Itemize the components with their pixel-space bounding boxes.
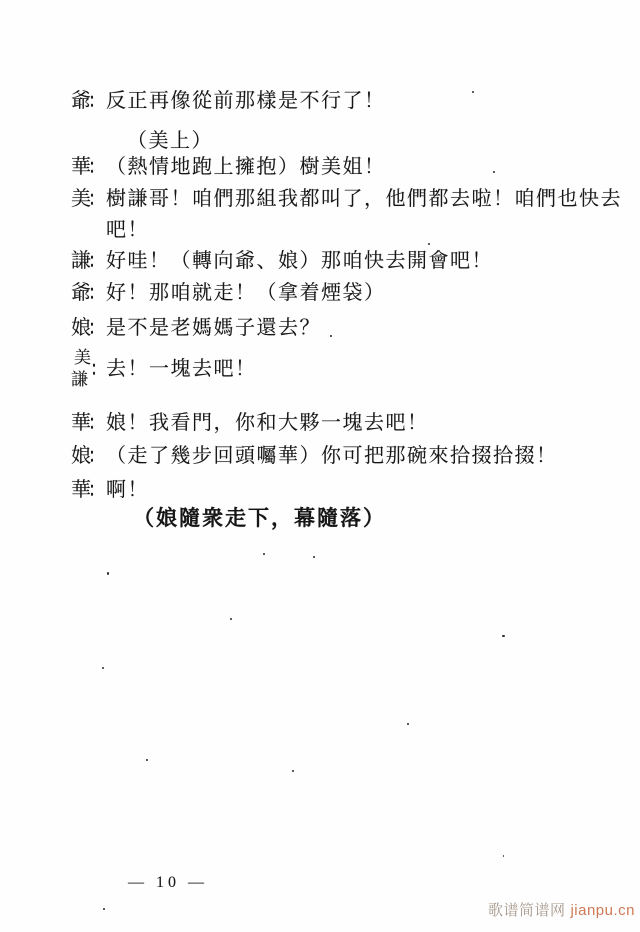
scan-speck	[230, 618, 232, 620]
stage-direction-text: （美上）	[127, 130, 213, 152]
speaker-label: 娘：	[71, 441, 106, 472]
scan-speck	[103, 908, 105, 910]
stage-direction-text: （娘隨衆走下，幕隨落）	[133, 506, 386, 530]
scan-speck	[330, 335, 332, 337]
dialogue-text: （走了幾步回頭囑華）你可把那碗來拾掇拾掇！	[106, 445, 558, 467]
speaker-name-stacked: 美謙	[71, 347, 93, 391]
dialogue-line: 謙：好哇！（轉向爺、娘）那咱快去開會吧！	[71, 246, 622, 277]
speaker-colon: ：	[89, 184, 97, 215]
speaker-name: 爺	[71, 86, 91, 117]
scan-speck	[107, 572, 109, 575]
speaker-colon: ：	[89, 408, 97, 439]
stage-direction: （娘隨衆走下，幕隨落）	[71, 503, 640, 534]
scan-speck	[428, 243, 430, 245]
scan-speck	[102, 667, 104, 669]
dialogue-line: 爺：反正再像從前那樣是不行了！	[71, 86, 622, 117]
scan-speck	[472, 91, 474, 93]
speaker-name: 華	[71, 408, 91, 439]
scan-speck	[502, 635, 505, 637]
speaker-colon: ：	[89, 441, 97, 472]
speaker-colon: ：	[89, 246, 97, 277]
speaker-colon: ：	[89, 278, 97, 309]
dialogue-text: 樹謙哥！咱們那組我都叫了，他們都去啦！咱們也快去吧！	[106, 188, 622, 241]
speaker-name: 華	[71, 152, 91, 183]
speaker-name: 謙	[71, 246, 91, 277]
watermark-site-url: jianpu.cn	[570, 902, 635, 919]
speaker-label: 爺：	[71, 278, 106, 309]
speaker-name: 爺	[71, 278, 91, 309]
page-number: — 10 —	[128, 874, 208, 892]
speaker-label: 美：	[71, 184, 106, 215]
dialogue-line: 華：娘！我看門，你和大夥一塊去吧！	[71, 408, 622, 439]
dialogue-line: 華：啊！	[71, 475, 622, 506]
scan-speck	[503, 855, 504, 857]
scan-speck	[146, 759, 148, 761]
dialogue-text: 好！那咱就走！（拿着煙袋）	[106, 282, 386, 304]
speaker-colon: ：	[91, 354, 99, 385]
speaker-colon: ：	[89, 475, 97, 506]
speaker-name: 美	[71, 184, 91, 215]
scan-speck	[313, 556, 315, 558]
scan-speck	[292, 770, 294, 772]
dialogue-text: 去！一塊去吧！	[106, 354, 257, 385]
speaker-name: 謙	[71, 369, 93, 391]
speaker-label: 華：	[71, 408, 106, 439]
speaker-colon: ：	[89, 86, 97, 117]
dialogue-text: 是不是老媽媽子還去？	[106, 317, 321, 339]
dialogue-line-joint: 美謙：去！一塊去吧！	[71, 347, 587, 391]
scan-speck	[407, 723, 409, 725]
dialogue-line: 娘：是不是老媽媽子還去？	[71, 313, 622, 344]
speaker-label: 謙：	[71, 246, 106, 277]
dialogue-line: 爺：好！那咱就走！（拿着煙袋）	[71, 278, 622, 309]
scan-speck	[493, 171, 495, 173]
dialogue-text: 娘！我看門，你和大夥一塊去吧！	[106, 412, 429, 434]
script-text-block: 爺：反正再像從前那樣是不行了！（美上）華：（熱情地跑上擁抱）樹美姐！美：樹謙哥！…	[71, 0, 587, 932]
dialogue-line: 華：（熱情地跑上擁抱）樹美姐！	[71, 152, 622, 183]
watermark: 歌谱简谱网jianpu.cn	[488, 899, 635, 920]
speaker-label: 爺：	[71, 86, 106, 117]
speaker-name: 華	[71, 475, 91, 506]
speaker-colon: ：	[89, 152, 97, 183]
speaker-label: 華：	[71, 152, 106, 183]
speaker-label: 娘：	[71, 313, 106, 344]
dialogue-text: 好哇！（轉向爺、娘）那咱快去開會吧！	[106, 250, 493, 272]
dialogue-line: 美：樹謙哥！咱們那組我都叫了，他們都去啦！咱們也快去吧！	[71, 184, 622, 246]
speaker-label: 華：	[71, 475, 106, 506]
speaker-name: 娘	[71, 441, 91, 472]
dialogue-text: 啊！	[106, 479, 149, 501]
dialogue-line: 娘：（走了幾步回頭囑華）你可把那碗來拾掇拾掇！	[71, 441, 622, 472]
watermark-site-name: 歌谱简谱网	[488, 902, 566, 919]
dialogue-text: （熱情地跑上擁抱）樹美姐！	[106, 156, 386, 178]
scan-speck	[263, 553, 265, 555]
speaker-colon: ：	[89, 313, 97, 344]
scanned-script-page: 爺：反正再像從前那樣是不行了！（美上）華：（熱情地跑上擁抱）樹美姐！美：樹謙哥！…	[0, 0, 640, 932]
dialogue-text: 反正再像從前那樣是不行了！	[106, 90, 386, 112]
speaker-name: 娘	[71, 313, 91, 344]
